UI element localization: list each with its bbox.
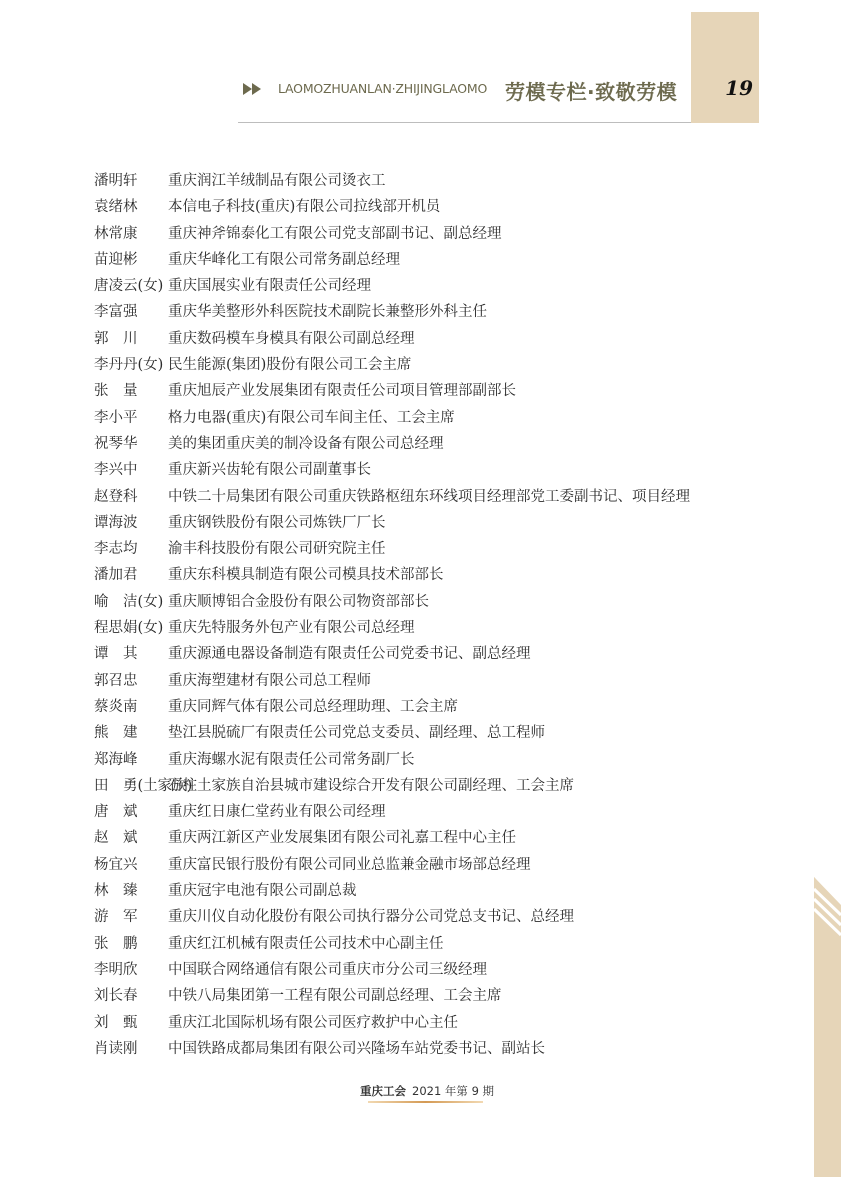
honoree-position: 格力电器(重庆)有限公司车间主任、工会主席 [168,405,455,431]
honoree-position: 重庆海螺水泥有限责任公司常务副厂长 [168,747,415,773]
honoree-name: 喻 洁(女) [94,589,168,615]
list-item: 祝琴华美的集团重庆美的制冷设备有限公司总经理 [94,431,690,457]
honoree-position: 重庆润江羊绒制品有限公司烫衣工 [168,168,386,194]
honoree-position: 本信电子科技(重庆)有限公司拉线部开机员 [168,194,440,220]
double-arrow-right-icon [243,83,263,95]
honoree-position: 重庆华峰化工有限公司常务副总经理 [168,247,400,273]
list-item: 肖读刚中国铁路成都局集团有限公司兴隆场车站党委书记、副站长 [94,1036,690,1062]
list-item: 郑海峰重庆海螺水泥有限责任公司常务副厂长 [94,747,690,773]
list-item: 熊 建垫江县脱硫厂有限责任公司党总支委员、副经理、总工程师 [94,720,690,746]
list-item: 李兴中重庆新兴齿轮有限公司副董事长 [94,457,690,483]
magazine-name: 重庆工会 [360,1084,406,1098]
honoree-name: 郭 川 [94,326,168,352]
list-item: 程思娟(女)重庆先特服务外包产业有限公司总经理 [94,615,690,641]
honoree-list: 潘明轩重庆润江羊绒制品有限公司烫衣工 袁绪林本信电子科技(重庆)有限公司拉线部开… [94,168,690,1062]
honoree-position: 重庆冠宇电池有限公司副总裁 [168,878,357,904]
honoree-position: 中铁二十局集团有限公司重庆铁路枢纽东环线项目经理部党工委副书记、项目经理 [168,484,690,510]
honoree-position: 重庆神斧锦泰化工有限公司党支部副书记、副总经理 [168,221,502,247]
honoree-name: 郑海峰 [94,747,168,773]
honoree-position: 中国联合网络通信有限公司重庆市分公司三级经理 [168,957,487,983]
honoree-position: 渝丰科技股份有限公司研究院主任 [168,536,386,562]
honoree-position: 重庆同辉气体有限公司总经理助理、工会主席 [168,694,458,720]
list-item: 李志均渝丰科技股份有限公司研究院主任 [94,536,690,562]
honoree-name: 袁绪林 [94,194,168,220]
list-item: 游 军重庆川仪自动化股份有限公司执行器分公司党总支书记、总经理 [94,904,690,930]
column-title-cn: 劳模专栏·致敬劳模 [505,76,677,105]
list-item: 谭 其重庆源通电器设备制造有限责任公司党委书记、副总经理 [94,641,690,667]
honoree-position: 重庆富民银行股份有限公司同业总监兼金融市场部总经理 [168,852,531,878]
honoree-name: 谭海波 [94,510,168,536]
honoree-position: 垫江县脱硫厂有限责任公司党总支委员、副经理、总工程师 [168,720,545,746]
honoree-name: 肖读刚 [94,1036,168,1062]
honoree-position: 重庆顺博铝合金股份有限公司物资部部长 [168,589,429,615]
list-item: 喻 洁(女)重庆顺博铝合金股份有限公司物资部部长 [94,589,690,615]
honoree-name: 李明欣 [94,957,168,983]
honoree-position: 重庆东科模具制造有限公司模具技术部部长 [168,562,444,588]
list-item: 郭召忠重庆海塑建材有限公司总工程师 [94,668,690,694]
page-footer: 重庆工会2021 年第 9 期 [360,1083,494,1099]
honoree-name: 李兴中 [94,457,168,483]
honoree-name: 李小平 [94,405,168,431]
list-item: 李明欣中国联合网络通信有限公司重庆市分公司三级经理 [94,957,690,983]
page-number-tab [691,12,759,123]
honoree-name: 蔡炎南 [94,694,168,720]
list-item: 袁绪林本信电子科技(重庆)有限公司拉线部开机员 [94,194,690,220]
list-item: 杨宜兴重庆富民银行股份有限公司同业总监兼金融市场部总经理 [94,852,690,878]
honoree-position: 石柱土家族自治县城市建设综合开发有限公司副经理、工会主席 [168,773,574,799]
honoree-position: 重庆川仪自动化股份有限公司执行器分公司党总支书记、总经理 [168,904,574,930]
honoree-name: 李富强 [94,299,168,325]
list-item: 赵登科中铁二十局集团有限公司重庆铁路枢纽东环线项目经理部党工委副书记、项目经理 [94,484,690,510]
honoree-name: 张 量 [94,378,168,404]
honoree-name: 刘长春 [94,983,168,1009]
honoree-position: 重庆数码模车身模具有限公司副总经理 [168,326,415,352]
honoree-position: 重庆红江机械有限责任公司技术中心副主任 [168,931,444,957]
honoree-position: 重庆先特服务外包产业有限公司总经理 [168,615,415,641]
honoree-position: 中国铁路成都局集团有限公司兴隆场车站党委书记、副站长 [168,1036,545,1062]
honoree-name: 程思娟(女) [94,615,168,641]
honoree-name: 赵登科 [94,484,168,510]
honoree-name: 谭 其 [94,641,168,667]
list-item: 潘明轩重庆润江羊绒制品有限公司烫衣工 [94,168,690,194]
list-item: 唐凌云(女)重庆国展实业有限责任公司经理 [94,273,690,299]
list-item: 唐 斌重庆红日康仁堂药业有限公司经理 [94,799,690,825]
list-item: 苗迎彬重庆华峰化工有限公司常务副总经理 [94,247,690,273]
list-item: 张 量重庆旭辰产业发展集团有限责任公司项目管理部副部长 [94,378,690,404]
honoree-position: 重庆新兴齿轮有限公司副董事长 [168,457,371,483]
honoree-name: 李丹丹(女) [94,352,168,378]
honoree-position: 中铁八局集团第一工程有限公司副总经理、工会主席 [168,983,502,1009]
list-item: 赵 斌重庆两江新区产业发展集团有限公司礼嘉工程中心主任 [94,825,690,851]
honoree-position: 重庆华美整形外科医院技术副院长兼整形外科主任 [168,299,487,325]
honoree-position: 重庆江北国际机场有限公司医疗救护中心主任 [168,1010,458,1036]
honoree-name: 苗迎彬 [94,247,168,273]
honoree-name: 林常康 [94,221,168,247]
list-item: 刘长春中铁八局集团第一工程有限公司副总经理、工会主席 [94,983,690,1009]
honoree-name: 熊 建 [94,720,168,746]
header-divider [238,122,691,123]
honoree-name: 潘加君 [94,562,168,588]
list-item: 谭海波重庆钢铁股份有限公司炼铁厂厂长 [94,510,690,536]
honoree-position: 重庆旭辰产业发展集团有限责任公司项目管理部副部长 [168,378,516,404]
list-item: 李富强重庆华美整形外科医院技术副院长兼整形外科主任 [94,299,690,325]
honoree-position: 民生能源(集团)股份有限公司工会主席 [168,352,411,378]
honoree-position: 重庆钢铁股份有限公司炼铁厂厂长 [168,510,386,536]
list-item: 郭 川重庆数码模车身模具有限公司副总经理 [94,326,690,352]
honoree-name: 刘 甄 [94,1010,168,1036]
honoree-position: 美的集团重庆美的制冷设备有限公司总经理 [168,431,444,457]
honoree-name: 田 勇(土家族) [94,773,168,799]
list-item: 林常康重庆神斧锦泰化工有限公司党支部副书记、副总经理 [94,221,690,247]
list-item: 潘加君重庆东科模具制造有限公司模具技术部部长 [94,562,690,588]
honoree-position: 重庆海塑建材有限公司总工程师 [168,668,371,694]
honoree-name: 赵 斌 [94,825,168,851]
honoree-name: 杨宜兴 [94,852,168,878]
honoree-position: 重庆两江新区产业发展集团有限公司礼嘉工程中心主任 [168,825,516,851]
list-item: 林 臻重庆冠宇电池有限公司副总裁 [94,878,690,904]
honoree-position: 重庆源通电器设备制造有限责任公司党委书记、副总经理 [168,641,531,667]
honoree-name: 游 军 [94,904,168,930]
list-item: 田 勇(土家族)石柱土家族自治县城市建设综合开发有限公司副经理、工会主席 [94,773,690,799]
list-item: 李丹丹(女)民生能源(集团)股份有限公司工会主席 [94,352,690,378]
honoree-name: 张 鹏 [94,931,168,957]
list-item: 刘 甄重庆江北国际机场有限公司医疗救护中心主任 [94,1010,690,1036]
diagonal-stripes-icon [814,877,841,937]
issue-label: 2021 年第 9 期 [412,1084,494,1098]
footer-divider [368,1101,483,1103]
list-item: 李小平格力电器(重庆)有限公司车间主任、工会主席 [94,405,690,431]
honoree-name: 祝琴华 [94,431,168,457]
honoree-name: 郭召忠 [94,668,168,694]
honoree-name: 李志均 [94,536,168,562]
list-item: 张 鹏重庆红江机械有限责任公司技术中心副主任 [94,931,690,957]
page-number: 19 [691,76,753,100]
list-item: 蔡炎南重庆同辉气体有限公司总经理助理、工会主席 [94,694,690,720]
honoree-name: 林 臻 [94,878,168,904]
honoree-position: 重庆国展实业有限责任公司经理 [168,273,371,299]
column-title-en: LAOMOZHUANLAN·ZHIJINGLAOMO [278,81,487,96]
honoree-position: 重庆红日康仁堂药业有限公司经理 [168,799,386,825]
honoree-name: 唐 斌 [94,799,168,825]
honoree-name: 潘明轩 [94,168,168,194]
honoree-name: 唐凌云(女) [94,273,168,299]
